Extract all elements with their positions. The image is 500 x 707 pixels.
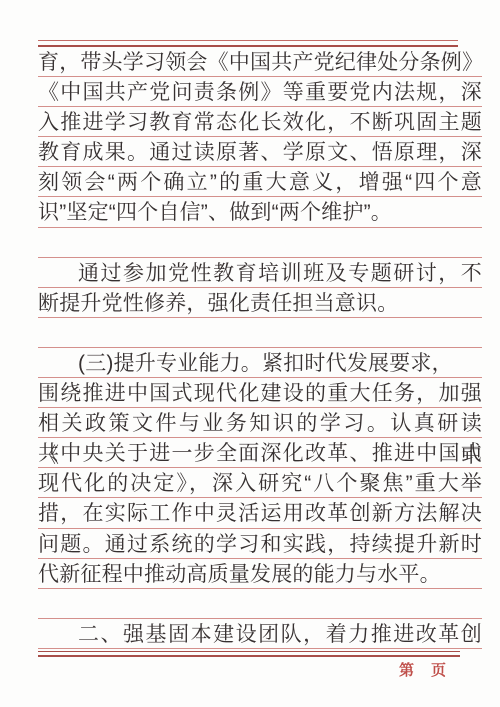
- text-line: 围绕推进中国式现代化建设的重大任务，加强: [38, 378, 482, 408]
- text-line: 育，带头学习领会《中国共产党纪律处分条例》: [38, 47, 482, 77]
- text-line: (三)提升专业能力。紧扣时代发展要求，: [38, 348, 482, 378]
- text-line: 问题。通过系统的学习和实践，持续提升新时: [38, 529, 482, 559]
- text-lines: 育，带头学习领会《中国共产党纪律处分条例》《中国共产党问责条例》等重要党内法规，…: [38, 47, 482, 649]
- text-line: 代新征程中推动高质量发展的能力与水平。: [38, 559, 482, 589]
- page-number-label: 第 页: [399, 662, 447, 679]
- ruled-text-area: 育，带头学习领会《中国共产党纪律处分条例》《中国共产党问责条例》等重要党内法规，…: [38, 40, 482, 657]
- bottom-double-rule: [38, 651, 460, 657]
- text-line: [38, 589, 482, 619]
- text-line: [38, 318, 482, 348]
- text-line: 入推进学习教育常态化长效化，不断巩固主题: [38, 107, 482, 137]
- document-page: 育，带头学习领会《中国共产党纪律处分条例》《中国共产党问责条例》等重要党内法规，…: [0, 0, 500, 707]
- text-line: 相关政策文件与业务知识的学习。认真研读《中: [38, 408, 482, 438]
- text-line: 《中国共产党问责条例》等重要党内法规，深: [38, 77, 482, 107]
- text-line: 断提升党性修养，强化责任担当意识。: [38, 288, 482, 318]
- text-line: 现代化的决定》，深入研究“八个聚焦”重大举: [38, 468, 482, 498]
- text-line: 措，在实际工作中灵活运用改革创新方法解决: [38, 498, 482, 528]
- text-line: 通过参加党性教育培训班及专题研讨，不: [38, 258, 482, 288]
- text-line: 识”坚定“四个自信”、做到“两个维护”。: [38, 197, 482, 227]
- text-line: 共中央关于进一步全面深化改革、推进中国式: [38, 438, 482, 468]
- page-footer: 第 页: [38, 659, 447, 680]
- text-line: [38, 228, 482, 258]
- text-line: 刻领会“两个确立”的重大意义，增强“四个意: [38, 167, 482, 197]
- top-double-rule: [38, 40, 458, 47]
- text-line: 教育成果。通过读原著、学原文、悟原理，深: [38, 137, 482, 167]
- text-line: 二、强基固本建设团队，着力推进改革创: [38, 619, 482, 649]
